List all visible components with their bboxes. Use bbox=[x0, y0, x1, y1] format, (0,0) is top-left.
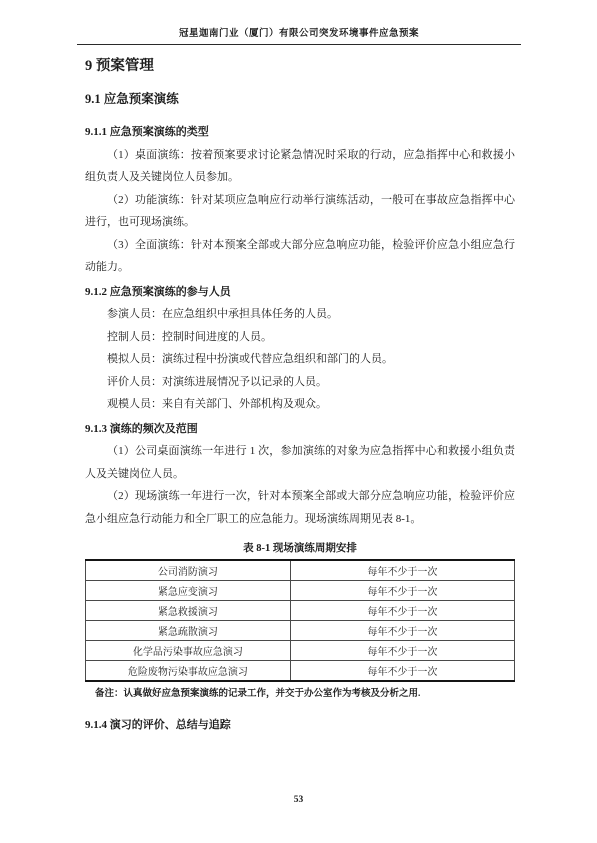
role-participants: 参演人员：在应急组织中承担具体任务的人员。 bbox=[85, 303, 515, 326]
role-simulators: 模拟人员：演练过程中扮演或代替应急组织和部门的人员。 bbox=[85, 348, 515, 371]
table-row: 紧急救援演习 每年不少于一次 bbox=[86, 601, 515, 621]
drill-freq-cell: 每年不少于一次 bbox=[290, 601, 514, 621]
document-body: 9 预案管理 9.1 应急预案演练 9.1.1 应急预案演练的类型 （1）桌面演… bbox=[85, 52, 515, 737]
table-title: 表 8-1 现场演练周期安排 bbox=[85, 539, 515, 558]
drill-name-cell: 公司消防演习 bbox=[86, 560, 291, 581]
drill-name-cell: 紧急疏散演习 bbox=[86, 621, 291, 641]
paragraph-frequency-1: （1）公司桌面演练一年进行 1 次，参加演练的对象为应急指挥中心和救援小组负责人… bbox=[85, 440, 515, 485]
table-row: 化学品污染事故应急演习 每年不少于一次 bbox=[86, 641, 515, 661]
table-note: 备注：认真做好应急预案演练的记录工作，并交于办公室作为考核及分析之用. bbox=[95, 687, 515, 702]
page-header: 冠星迦南门业（厦门）有限公司突发环境事件应急预案 bbox=[77, 25, 521, 45]
drill-name-cell: 紧急救援演习 bbox=[86, 601, 291, 621]
table-row: 紧急应变演习 每年不少于一次 bbox=[86, 581, 515, 601]
drill-freq-cell: 每年不少于一次 bbox=[290, 560, 514, 581]
paragraph-drill-type-1: （1）桌面演练：按着预案要求讨论紧急情况时采取的行动，应急指挥中心和救援小组负责… bbox=[85, 144, 515, 189]
paragraph-drill-type-2: （2）功能演练：针对某项应急响应行动举行演练活动，一般可在事故应急指挥中心进行，… bbox=[85, 189, 515, 234]
role-controllers: 控制人员：控制时间进度的人员。 bbox=[85, 326, 515, 349]
heading-chapter-9: 9 预案管理 bbox=[85, 56, 515, 76]
heading-9-1-3: 9.1.3 演练的频次及范围 bbox=[85, 418, 515, 441]
drill-freq-cell: 每年不少于一次 bbox=[290, 621, 514, 641]
table-row: 紧急疏散演习 每年不少于一次 bbox=[86, 621, 515, 641]
drill-freq-cell: 每年不少于一次 bbox=[290, 641, 514, 661]
drill-freq-cell: 每年不少于一次 bbox=[290, 581, 514, 601]
paragraph-frequency-2: （2）现场演练一年进行一次，针对本预案全部或大部分应急响应功能，检验评价应急小组… bbox=[85, 485, 515, 530]
page-number: 53 bbox=[294, 795, 304, 805]
paragraph-drill-type-3: （3）全面演练：针对本预案全部或大部分应急响应功能，检验评价应急小组应急行动能力… bbox=[85, 234, 515, 279]
drill-name-cell: 化学品污染事故应急演习 bbox=[86, 641, 291, 661]
drill-schedule-table: 公司消防演习 每年不少于一次 紧急应变演习 每年不少于一次 紧急救援演习 每年不… bbox=[85, 559, 515, 682]
heading-9-1: 9.1 应急预案演练 bbox=[85, 91, 515, 108]
document-page: 冠星迦南门业（厦门）有限公司突发环境事件应急预案 9 预案管理 9.1 应急预案… bbox=[0, 0, 597, 843]
drill-name-cell: 危险废物污染事故应急演习 bbox=[86, 661, 291, 682]
drill-name-cell: 紧急应变演习 bbox=[86, 581, 291, 601]
drill-schedule-table-block: 表 8-1 现场演练周期安排 公司消防演习 每年不少于一次 紧急应变演习 每年不… bbox=[85, 539, 515, 702]
table-row: 危险废物污染事故应急演习 每年不少于一次 bbox=[86, 661, 515, 682]
role-observers: 观模人员：来自有关部门、外部机构及观众。 bbox=[85, 393, 515, 416]
heading-9-1-2: 9.1.2 应急预案演练的参与人员 bbox=[85, 281, 515, 304]
table-note-label: 备注： bbox=[95, 689, 124, 699]
drill-freq-cell: 每年不少于一次 bbox=[290, 661, 514, 682]
table-note-text: 认真做好应急预案演练的记录工作，并交于办公室作为考核及分析之用. bbox=[124, 689, 421, 699]
page-footer: 53 bbox=[0, 795, 597, 805]
role-evaluators: 评价人员：对演练进展情况予以记录的人员。 bbox=[85, 371, 515, 394]
heading-9-1-1: 9.1.1 应急预案演练的类型 bbox=[85, 121, 515, 144]
header-title: 冠星迦南门业（厦门）有限公司突发环境事件应急预案 bbox=[179, 29, 419, 39]
heading-9-1-4: 9.1.4 演习的评价、总结与追踪 bbox=[85, 714, 515, 737]
table-row: 公司消防演习 每年不少于一次 bbox=[86, 560, 515, 581]
